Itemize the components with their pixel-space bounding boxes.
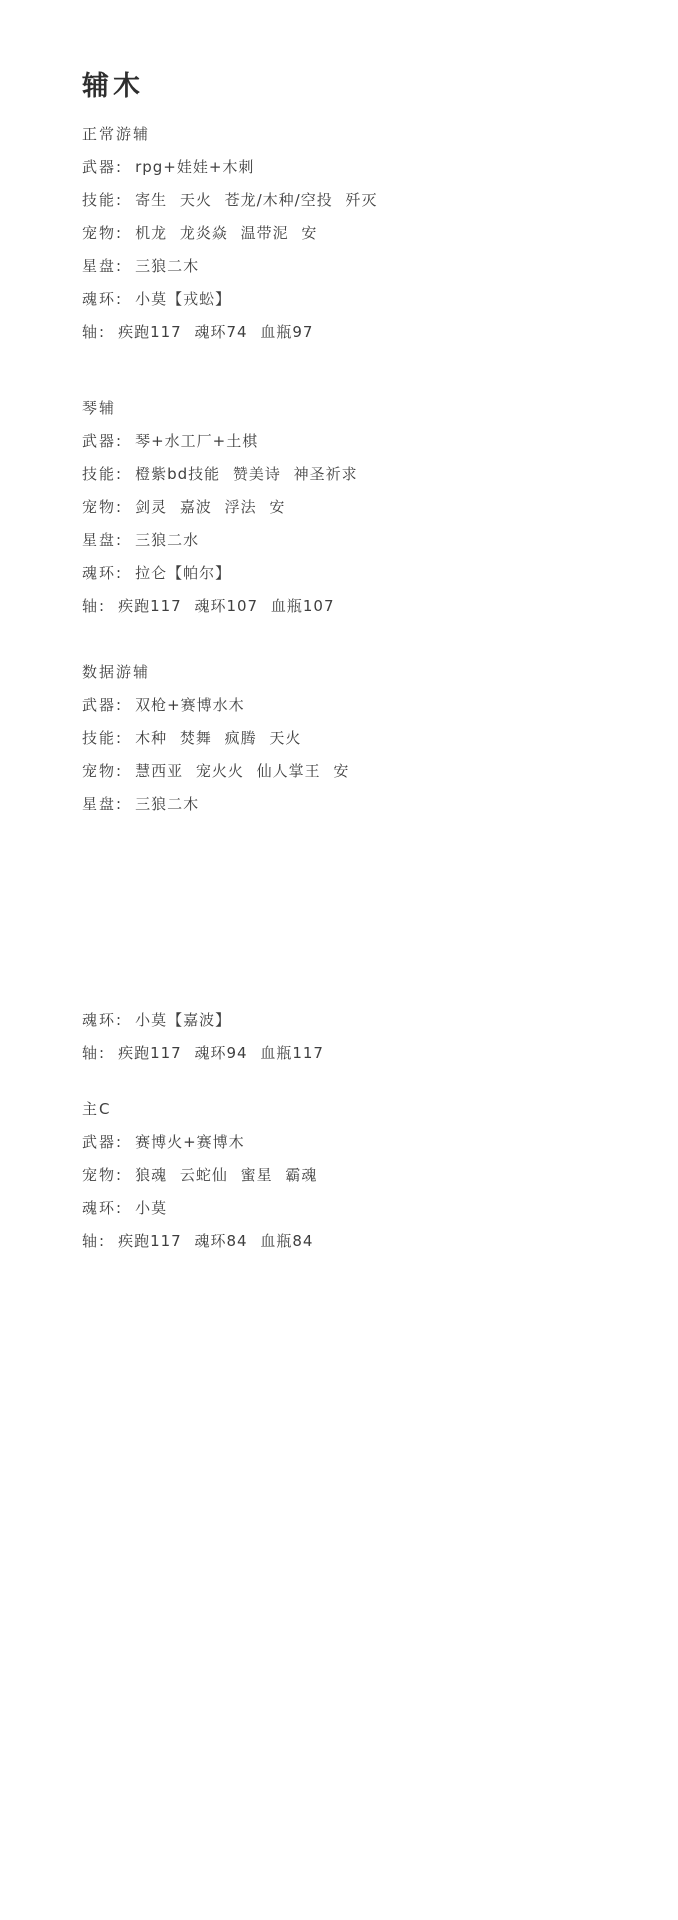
starplate-label: 星盘: xyxy=(82,257,123,275)
page-title: 辅木 xyxy=(82,72,638,102)
line-skills: 技能:寄生 天火 苍龙/木种/空投 歼灭 xyxy=(82,192,638,208)
line-soulring: 魂环:小莫【嘉波】 xyxy=(82,1012,638,1028)
timeline-value: 疾跑117 魂环74 血瓶97 xyxy=(118,323,313,341)
pets-label: 宠物: xyxy=(82,224,123,242)
pets-value: 狼魂 云蛇仙 蜜星 霸魂 xyxy=(135,1166,317,1184)
line-timeline: 轴:疾跑117 魂环84 血瓶84 xyxy=(82,1233,638,1249)
starplate-value: 三狼二木 xyxy=(135,795,199,813)
line-timeline: 轴:疾跑117 魂环107 血瓶107 xyxy=(82,598,638,614)
weapon-value: 赛博火+赛博木 xyxy=(135,1133,245,1151)
starplate-label: 星盘: xyxy=(82,531,123,549)
timeline-label: 轴: xyxy=(82,1232,106,1250)
section-data-support: 数据游辅 武器:双枪+赛博水木 技能:木种 焚舞 疯腾 天火 宠物:慧西亚 宠火… xyxy=(82,664,638,812)
line-skills: 技能:木种 焚舞 疯腾 天火 xyxy=(82,730,638,746)
line-timeline: 轴:疾跑117 魂环94 血瓶117 xyxy=(82,1045,638,1061)
timeline-label: 轴: xyxy=(82,597,106,615)
section-main-carry: 主C 武器:赛博火+赛博木 宠物:狼魂 云蛇仙 蜜星 霸魂 魂环:小莫 轴:疾跑… xyxy=(82,1101,638,1249)
line-pets: 宠物:狼魂 云蛇仙 蜜星 霸魂 xyxy=(82,1167,638,1183)
soulring-value: 拉仑【帕尔】 xyxy=(135,564,231,582)
soulring-value: 小莫 xyxy=(135,1199,167,1217)
soulring-label: 魂环: xyxy=(82,1199,123,1217)
line-soulring: 魂环:拉仑【帕尔】 xyxy=(82,565,638,581)
timeline-label: 轴: xyxy=(82,1044,106,1062)
line-starplate: 星盘:三狼二木 xyxy=(82,258,638,274)
starplate-label: 星盘: xyxy=(82,795,123,813)
skills-value: 橙紫bd技能 赞美诗 神圣祈求 xyxy=(135,465,358,483)
line-pets: 宠物:机龙 龙炎焱 温带泥 安 xyxy=(82,225,638,241)
section-heading: 主C xyxy=(82,1101,638,1117)
pets-value: 慧西亚 宠火火 仙人掌王 安 xyxy=(135,762,349,780)
section-heading: 数据游辅 xyxy=(82,664,638,680)
starplate-value: 三狼二木 xyxy=(135,257,199,275)
weapon-label: 武器: xyxy=(82,432,123,450)
weapon-value: rpg+娃娃+木刺 xyxy=(135,158,254,176)
line-soulring: 魂环:小莫 xyxy=(82,1200,638,1216)
soulring-label: 魂环: xyxy=(82,564,123,582)
soulring-label: 魂环: xyxy=(82,290,123,308)
line-weapon: 武器:赛博火+赛博木 xyxy=(82,1134,638,1150)
line-skills: 技能:橙紫bd技能 赞美诗 神圣祈求 xyxy=(82,466,638,482)
pets-label: 宠物: xyxy=(82,1166,123,1184)
skills-value: 寄生 天火 苍龙/木种/空投 歼灭 xyxy=(135,191,377,209)
section-heading: 琴辅 xyxy=(82,400,638,416)
line-timeline: 轴:疾跑117 魂环74 血瓶97 xyxy=(82,324,638,340)
line-soulring: 魂环:小莫【戎蚣】 xyxy=(82,291,638,307)
section-normal-support: 正常游辅 武器:rpg+娃娃+木刺 技能:寄生 天火 苍龙/木种/空投 歼灭 宠… xyxy=(82,126,638,340)
weapon-value: 琴+水工厂+土棋 xyxy=(135,432,258,450)
starplate-value: 三狼二水 xyxy=(135,531,199,549)
pets-value: 剑灵 嘉波 浮法 安 xyxy=(135,498,285,516)
pets-label: 宠物: xyxy=(82,762,123,780)
line-weapon: 武器:双枪+赛博水木 xyxy=(82,697,638,713)
soulring-value: 小莫【戎蚣】 xyxy=(135,290,231,308)
line-weapon: 武器:琴+水工厂+土棋 xyxy=(82,433,638,449)
line-starplate: 星盘:三狼二木 xyxy=(82,796,638,812)
section-harp-support: 琴辅 武器:琴+水工厂+土棋 技能:橙紫bd技能 赞美诗 神圣祈求 宠物:剑灵 … xyxy=(82,400,638,614)
timeline-value: 疾跑117 魂环84 血瓶84 xyxy=(118,1232,313,1250)
pets-value: 机龙 龙炎焱 温带泥 安 xyxy=(135,224,317,242)
line-pets: 宠物:慧西亚 宠火火 仙人掌王 安 xyxy=(82,763,638,779)
timeline-value: 疾跑117 魂环94 血瓶117 xyxy=(118,1044,324,1062)
skills-label: 技能: xyxy=(82,465,123,483)
pets-label: 宠物: xyxy=(82,498,123,516)
timeline-label: 轴: xyxy=(82,323,106,341)
weapon-value: 双枪+赛博水木 xyxy=(135,696,245,714)
weapon-label: 武器: xyxy=(82,696,123,714)
skills-value: 木种 焚舞 疯腾 天火 xyxy=(135,729,301,747)
soulring-value: 小莫【嘉波】 xyxy=(135,1011,231,1029)
line-starplate: 星盘:三狼二水 xyxy=(82,532,638,548)
line-pets: 宠物:剑灵 嘉波 浮法 安 xyxy=(82,499,638,515)
weapon-label: 武器: xyxy=(82,1133,123,1151)
line-weapon: 武器:rpg+娃娃+木刺 xyxy=(82,159,638,175)
skills-label: 技能: xyxy=(82,729,123,747)
skills-label: 技能: xyxy=(82,191,123,209)
section-heading: 正常游辅 xyxy=(82,126,638,142)
soulring-label: 魂环: xyxy=(82,1011,123,1029)
weapon-label: 武器: xyxy=(82,158,123,176)
timeline-value: 疾跑117 魂环107 血瓶107 xyxy=(118,597,334,615)
section-data-support-continued: 魂环:小莫【嘉波】 轴:疾跑117 魂环94 血瓶117 xyxy=(82,1012,638,1061)
handwritten-notes-page: 辅木 正常游辅 武器:rpg+娃娃+木刺 技能:寄生 天火 苍龙/木种/空投 歼… xyxy=(0,0,678,1920)
